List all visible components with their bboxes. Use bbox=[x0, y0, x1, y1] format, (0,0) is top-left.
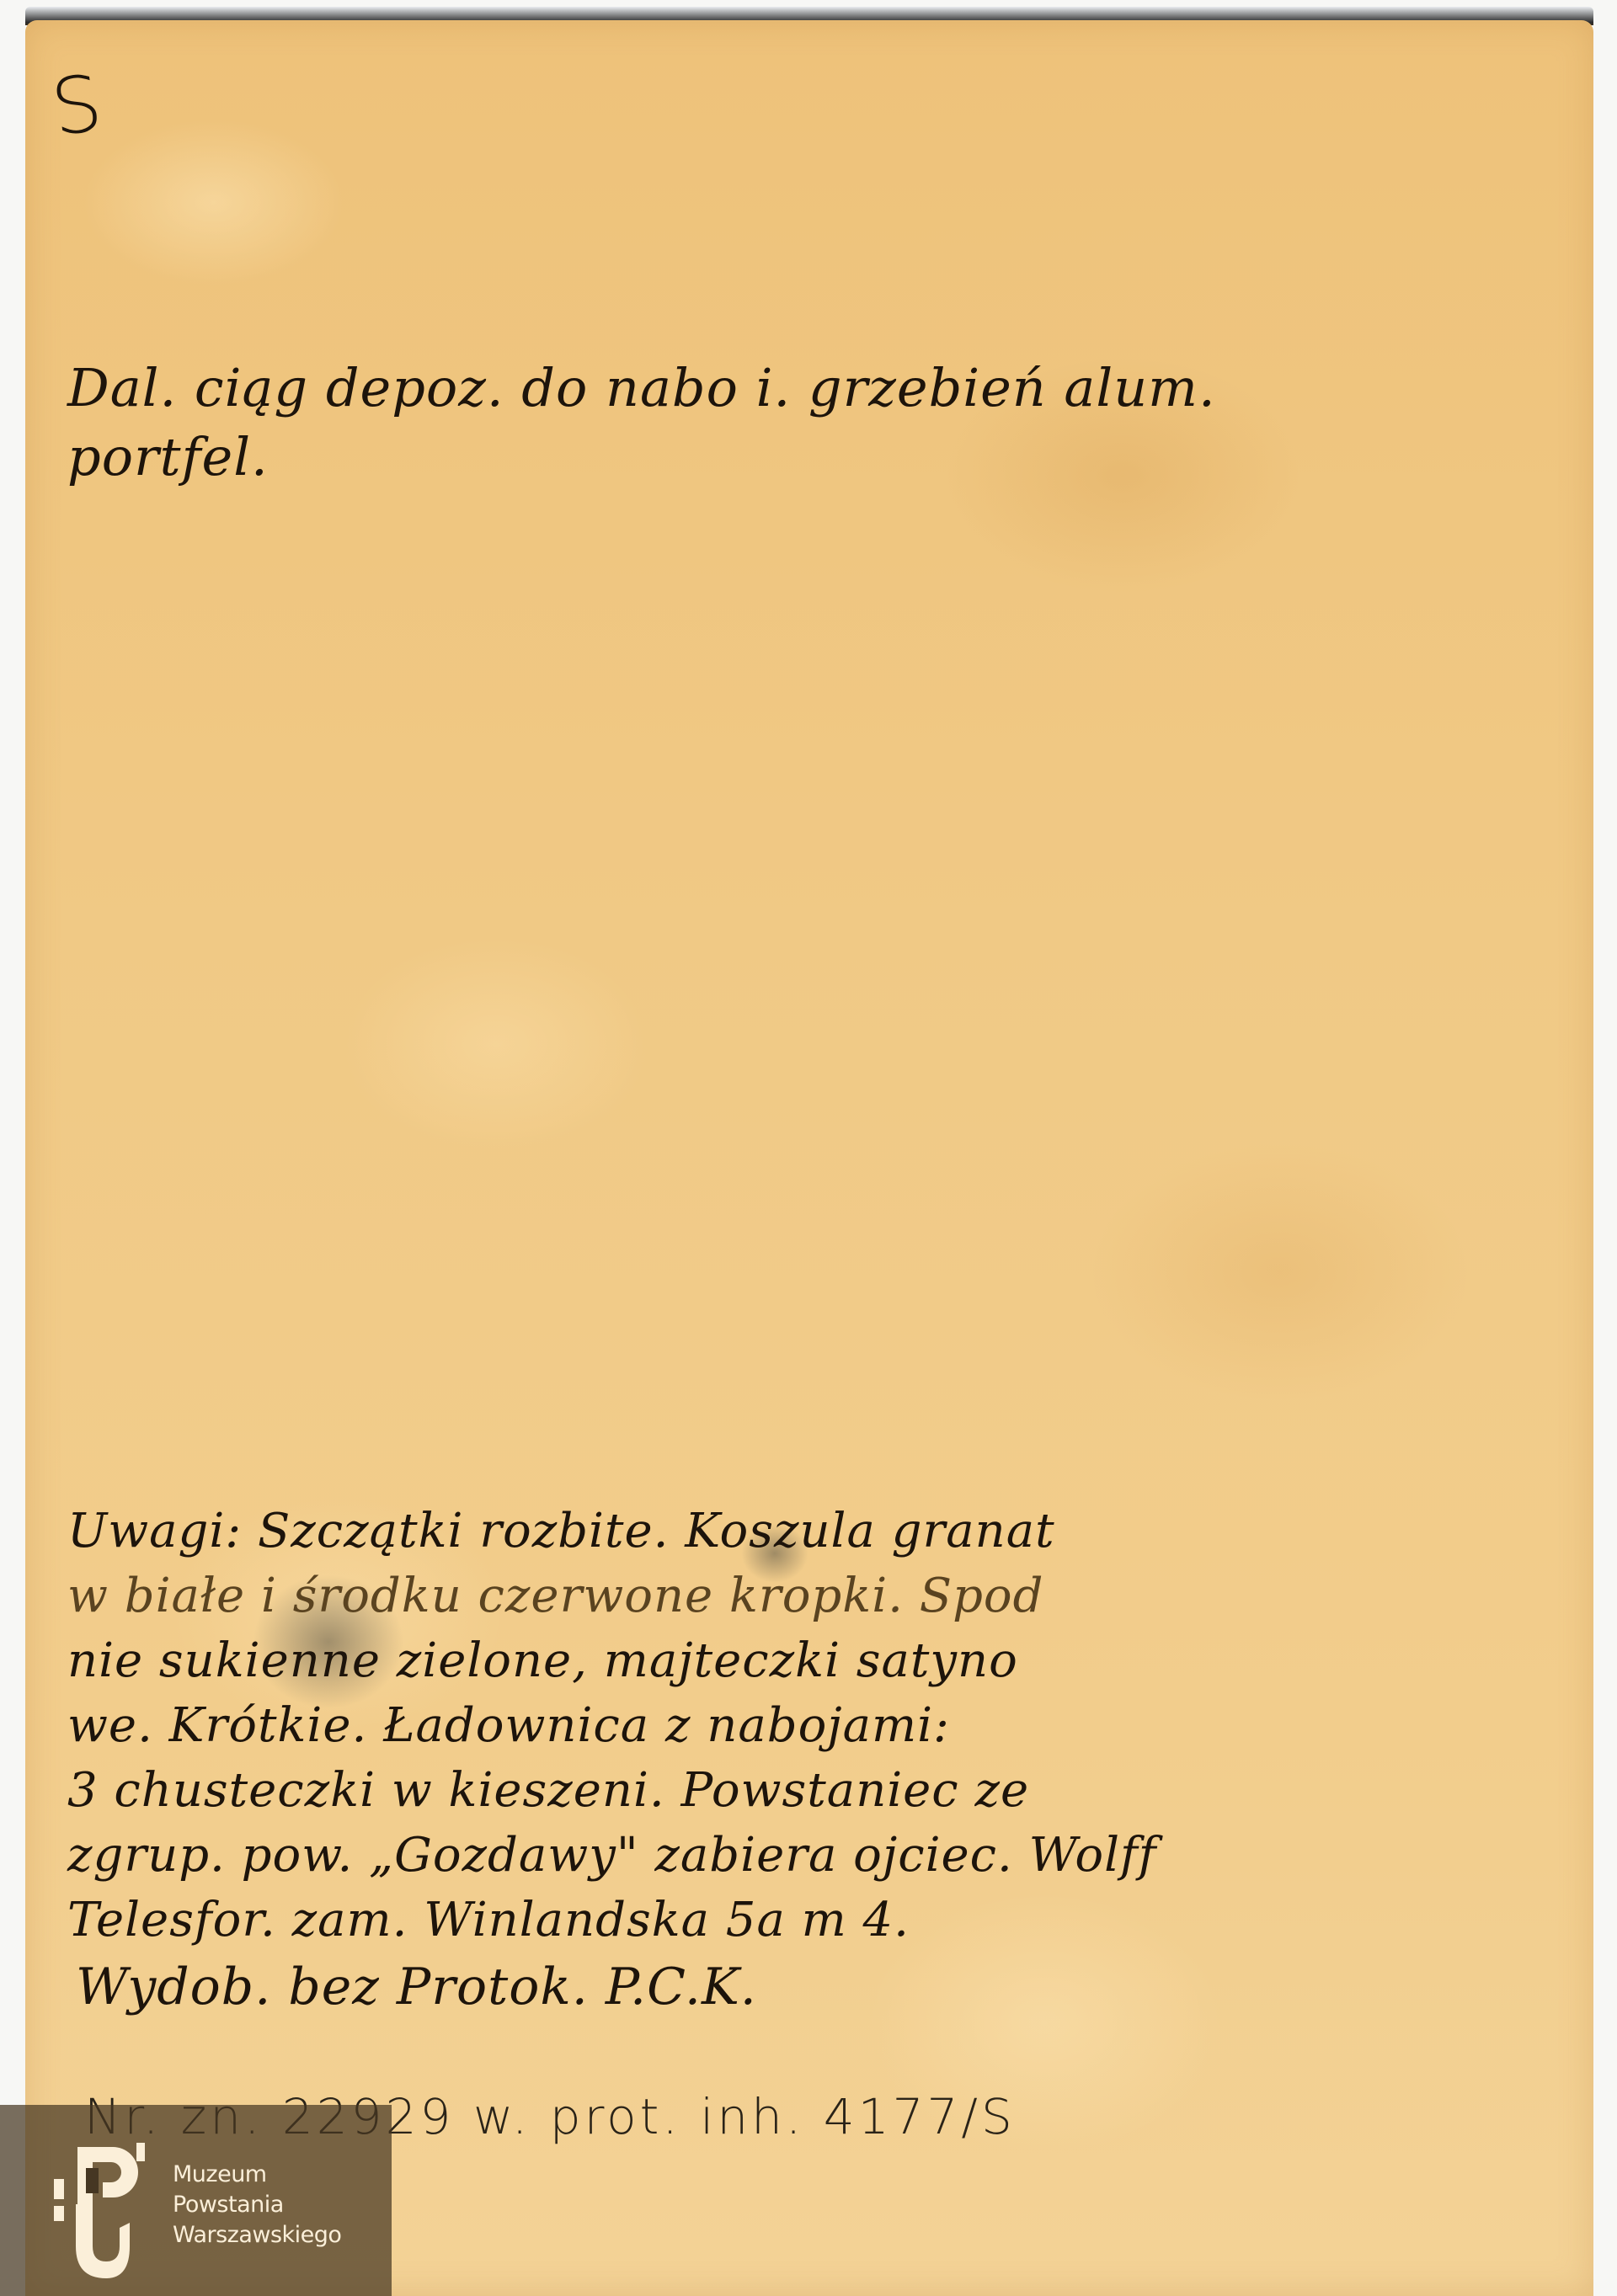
museum-name-line: Muzeum bbox=[173, 2160, 341, 2190]
remarks-line: Uwagi: Szczątki rozbite. Koszula granat bbox=[67, 1499, 1156, 1564]
prot-value: 4177/S bbox=[824, 2088, 1016, 2145]
museum-name-line: Powstania bbox=[173, 2190, 341, 2220]
remarks-line: zgrup. pow. „Gozdawy" zabiera ojciec. Wo… bbox=[67, 1823, 1156, 1888]
museum-name-line: Warszawskiego bbox=[173, 2220, 341, 2251]
top-note-line: portfel. bbox=[67, 423, 1216, 492]
kotwica-anchor-icon bbox=[52, 2139, 153, 2282]
prot-label: w. prot. inh. bbox=[473, 2088, 805, 2145]
top-note: Dal. ciąg depoz. do nabo i. grzebień alu… bbox=[67, 354, 1216, 492]
top-note-line: Dal. ciąg depoz. do nabo i. grzebień alu… bbox=[67, 354, 1216, 423]
remarks-line: w białe i środku czerwone kropki. Spod bbox=[67, 1564, 1156, 1628]
remarks-line: we. Krótkie. Ładownica z nabojami: bbox=[67, 1693, 1156, 1758]
remarks-line: 3 chusteczki w kieszeni. Powstaniec ze bbox=[67, 1758, 1156, 1823]
remarks-line: nie sukienne zielone, majteczki satyno bbox=[67, 1628, 1156, 1693]
remarks-line: Telesfor. zam. Winlandska 5a m 4. bbox=[67, 1888, 1156, 1952]
museum-name: Muzeum Powstania Warszawskiego bbox=[173, 2160, 341, 2251]
exhumation-note: Wydob. bez Protok. P.C.K. bbox=[76, 1958, 757, 2016]
remarks-block: Uwagi: Szczątki rozbite. Koszula granat … bbox=[67, 1499, 1156, 1952]
